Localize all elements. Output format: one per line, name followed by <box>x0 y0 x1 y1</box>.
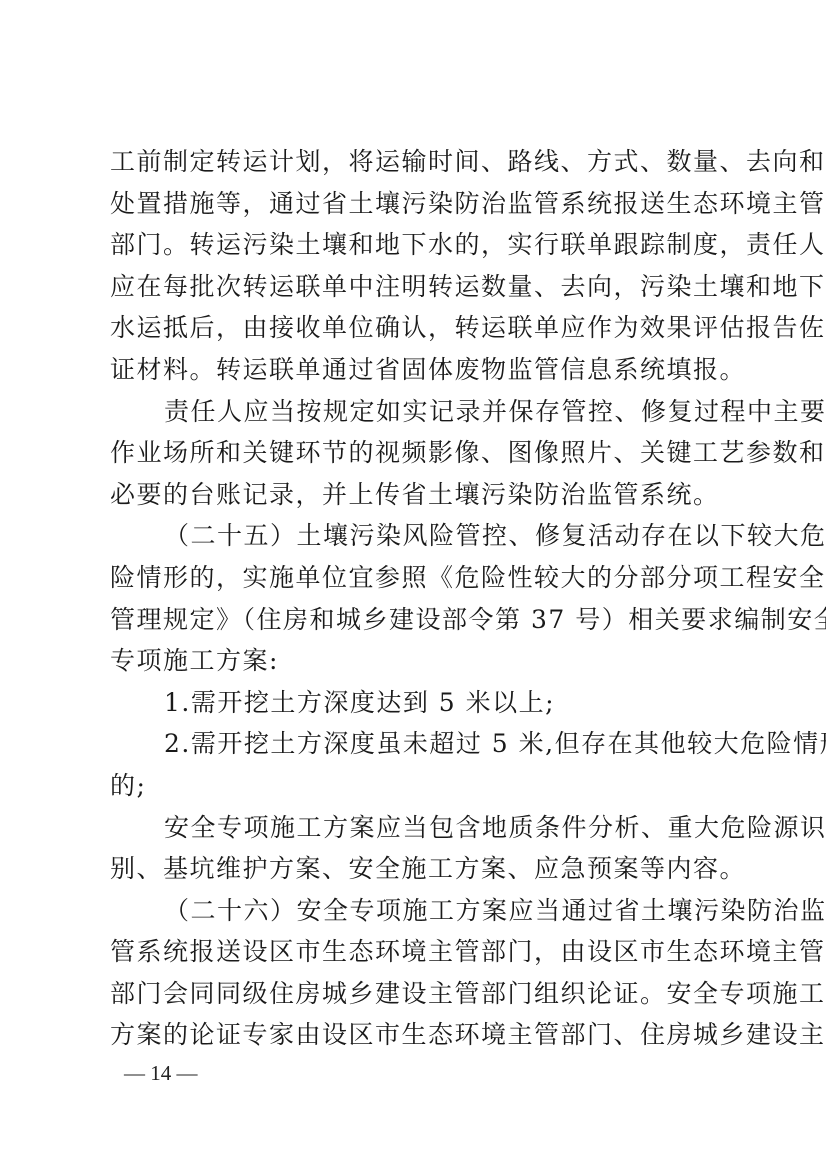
text-line: 安全专项施工方案应当包含地质条件分析、重大危险源识 <box>110 807 714 849</box>
document-body: 工前制定转运计划，将运输时间、路线、方式、数量、去向和处置措施等，通过省土壤污染… <box>110 141 714 1056</box>
text-line: 险情形的，实施单位宜参照《危险性较大的分部分项工程安全 <box>110 557 714 599</box>
text-line: 证材料。转运联单通过省固体废物监管信息系统填报。 <box>110 349 714 391</box>
text-line: 必要的台账记录，并上传省土壤污染防治监管系统。 <box>110 474 714 516</box>
text-line: 管系统报送设区市生态环境主管部门，由设区市生态环境主管 <box>110 931 714 973</box>
page-number: — 14 — <box>124 1061 198 1086</box>
text-line: 应在每批次转运联单中注明转运数量、去向，污染土壤和地下 <box>110 266 714 308</box>
text-line: 1.需开挖土方深度达到 5 米以上; <box>110 682 714 724</box>
text-line: 专项施工方案: <box>110 640 714 682</box>
text-line: 部门。转运污染土壤和地下水的，实行联单跟踪制度，责任人 <box>110 224 714 266</box>
text-line: 别、基坑维护方案、安全施工方案、应急预案等内容。 <box>110 848 714 890</box>
text-line: 管理规定》（住房和城乡建设部令第 37 号）相关要求编制安全 <box>110 599 714 641</box>
text-line: 水运抵后，由接收单位确认，转运联单应作为效果评估报告佐 <box>110 307 714 349</box>
text-line: 方案的论证专家由设区市生态环境主管部门、住房城乡建设主 <box>110 1014 714 1056</box>
text-line: 工前制定转运计划，将运输时间、路线、方式、数量、去向和 <box>110 141 714 183</box>
text-line: 的; <box>110 765 714 807</box>
text-line: （二十五）土壤污染风险管控、修复活动存在以下较大危 <box>110 515 714 557</box>
text-line: （二十六）安全专项施工方案应当通过省土壤污染防治监 <box>110 890 714 932</box>
text-line: 责任人应当按规定如实记录并保存管控、修复过程中主要 <box>110 391 714 433</box>
text-line: 作业场所和关键环节的视频影像、图像照片、关键工艺参数和 <box>110 432 714 474</box>
text-line: 处置措施等，通过省土壤污染防治监管系统报送生态环境主管 <box>110 183 714 225</box>
text-line: 2.需开挖土方深度虽未超过 5 米,但存在其他较大危险情形 <box>110 723 714 765</box>
text-line: 部门会同同级住房城乡建设主管部门组织论证。安全专项施工 <box>110 973 714 1015</box>
